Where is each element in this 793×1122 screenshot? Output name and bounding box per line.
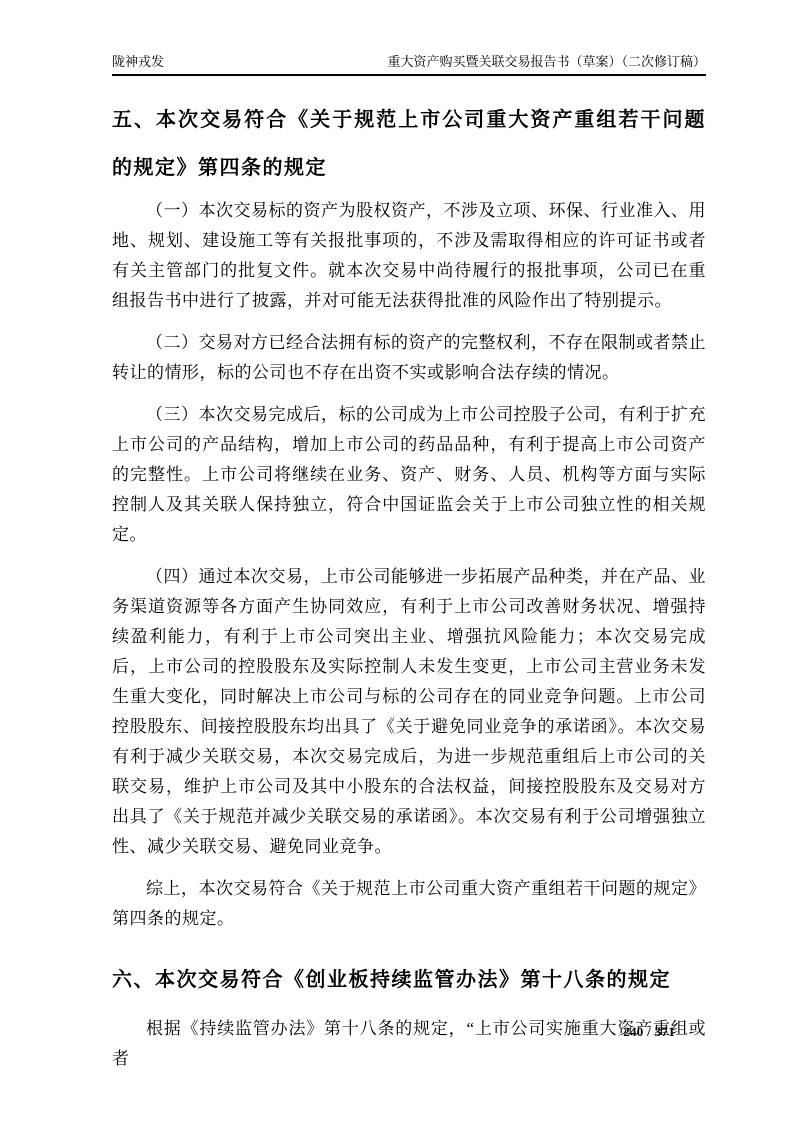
page-header: 陇神戎发 重大资产购买暨关联交易报告书（草案）（二次修订稿）: [112, 54, 706, 76]
document-page: 陇神戎发 重大资产购买暨关联交易报告书（草案）（二次修订稿） 五、本次交易符合《…: [0, 0, 793, 1122]
document-body: 五、本次交易符合《关于规范上市公司重大资产重组若干问题的规定》第四条的规定 （一…: [112, 96, 706, 1086]
section-5-heading: 五、本次交易符合《关于规范上市公司重大资产重组若干问题的规定》第四条的规定: [112, 96, 706, 192]
section-6-heading: 六、本次交易符合《创业板持续监管办法》第十八条的规定: [112, 962, 706, 998]
page-footer: 240 / 371: [623, 1024, 675, 1040]
section-5-paragraph-1: （一）本次交易标的资产为股权资产，不涉及立项、环保、行业准入、用地、规划、建设施…: [112, 196, 706, 316]
section-5-paragraph-2: （二）交易对方已经合法拥有标的资产的完整权利，不存在限制或者禁止转让的情形，标的…: [112, 328, 706, 388]
header-report-title: 重大资产购买暨关联交易报告书（草案）（二次修订稿）: [387, 54, 706, 70]
page-number: 240 / 371: [623, 1024, 675, 1039]
section-5-paragraph-4: （四）通过本次交易，上市公司能够进一步拓展产品种类，并在产品、业务渠道资源等各方…: [112, 562, 706, 862]
section-5-paragraph-3: （三）本次交易完成后，标的公司成为上市公司控股子公司，有利于扩充上市公司的产品结…: [112, 400, 706, 550]
section-6-paragraph-1: 根据《持续监管办法》第十八条的规定，“上市公司实施重大资产重组或者: [112, 1014, 706, 1074]
section-5-conclusion-paragraph: 综上，本次交易符合《关于规范上市公司重大资产重组若干问题的规定》第四条的规定。: [112, 874, 706, 934]
header-company-name: 陇神戎发: [112, 54, 164, 70]
